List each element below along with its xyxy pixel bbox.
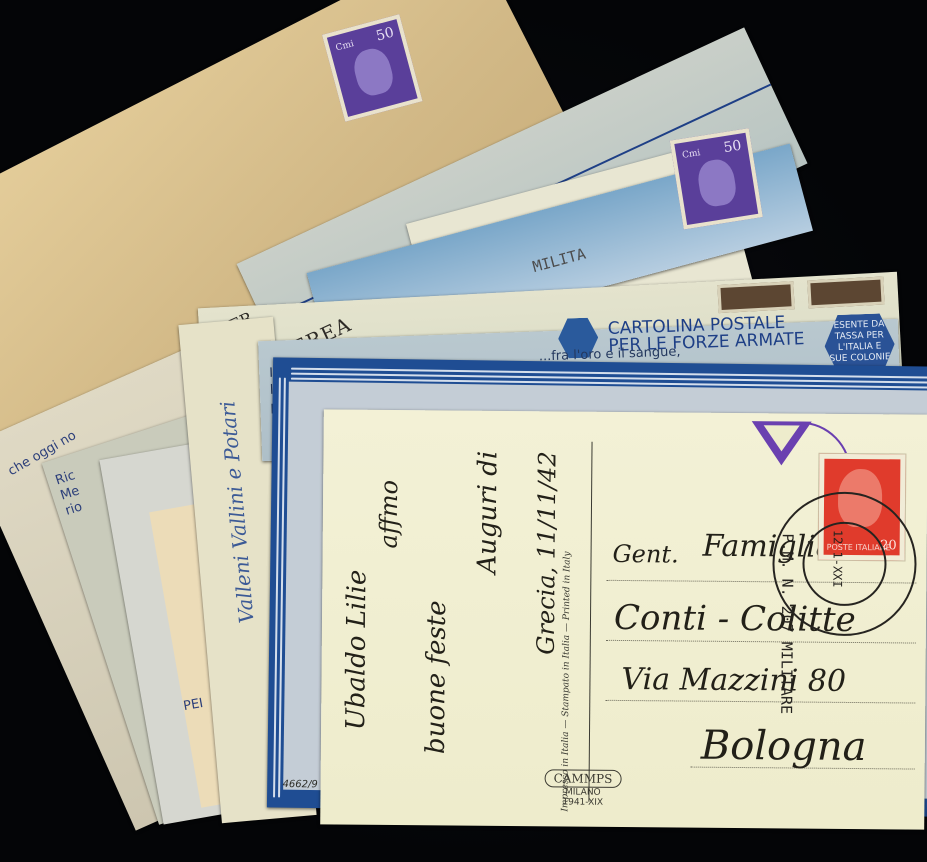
message-line: Auguri di (472, 451, 503, 574)
address-line-4: Bologna (701, 723, 867, 770)
front-postcard: 4662/9 Grecia, 11/11/42 Auguri di buone … (320, 409, 927, 829)
address-prefix: Gent. (612, 540, 678, 569)
portrait-icon (696, 157, 739, 208)
address-line (605, 700, 915, 704)
publisher-city: MILANO (544, 787, 621, 798)
publisher-mark: CAMMPS MILANO 1941-XIX (544, 769, 621, 808)
address-line (606, 640, 916, 644)
stamp-currency: Cmi (335, 39, 355, 53)
signature: Ubaldo Lilie (341, 570, 372, 731)
stamp-value: 50 (374, 24, 395, 44)
message-line: buone feste (421, 600, 452, 754)
photo-scene: Cmi 50 CARTOLINA POSTALE PER LE FORZE AR… (0, 0, 927, 862)
stamp-purple-50-b: Cmi 50 (670, 128, 763, 229)
badge-line: SUE COLONIE (825, 352, 895, 365)
stamp-value: 50 (723, 138, 743, 157)
address-divider (588, 442, 592, 802)
publisher-year: 1941-XIX (544, 797, 621, 808)
postmark-date: 12 1-XXI (830, 530, 845, 588)
card-text-lines: Ric Me rio (54, 468, 88, 520)
stamp-brown (807, 276, 884, 308)
stamp-purple-50: Cmi 50 (322, 14, 423, 122)
message-place-date: Grecia, 11/11/42 (532, 451, 562, 655)
address-line-3: Via Mazzini 80 (621, 662, 846, 699)
card-code: 4662/9 (282, 779, 317, 790)
postmark-ring-text: P.M. N. 207 MILITARE (777, 533, 797, 714)
stamp-currency: Cmi (681, 148, 701, 161)
stamp-brown (717, 281, 794, 313)
message-line: affmo (375, 480, 404, 549)
publisher-logo: CAMMPS (545, 769, 622, 788)
postmark-fragment: MILITA (531, 245, 588, 276)
portrait-icon (350, 45, 397, 99)
handwritten-name: Valleni Vallini e Potari (215, 400, 258, 624)
censor-triangle-inner (763, 425, 799, 451)
